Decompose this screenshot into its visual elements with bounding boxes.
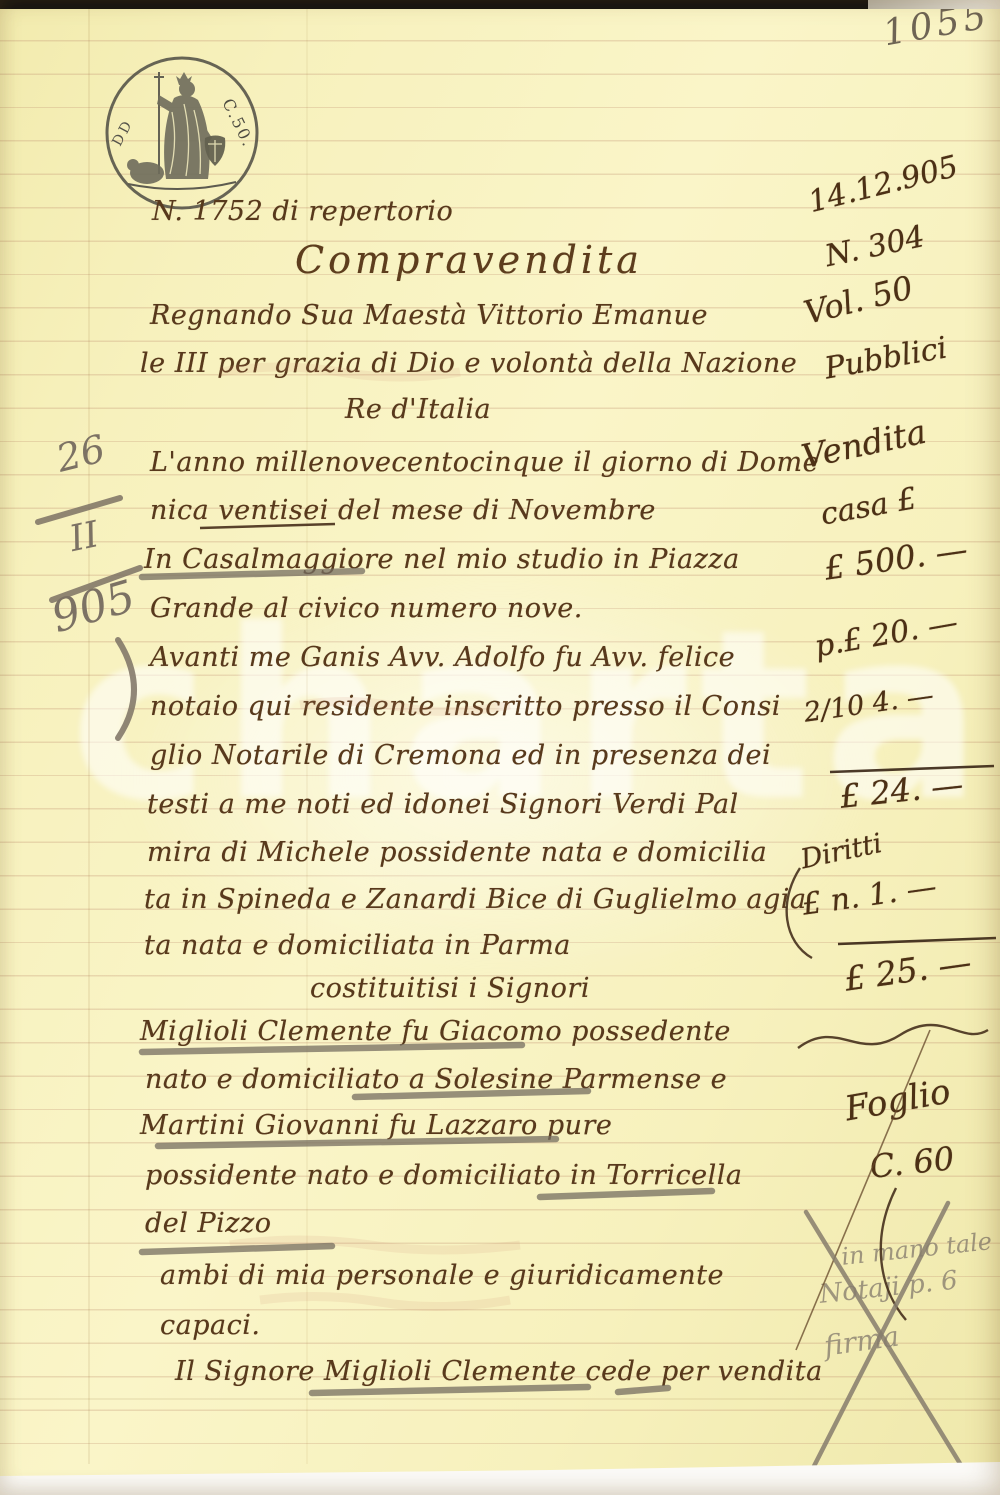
document-line: Re d'Italia [345, 394, 491, 425]
document-line: Grande al civico numero nove. [150, 593, 583, 624]
registration-date-note: 14.12.905 [805, 149, 962, 220]
document-line: Regnando Sua Maestà Vittorio Emanue [150, 300, 708, 331]
document-line: Il Signore Miglioli Clemente cede per ve… [175, 1356, 823, 1387]
margin-note: C. 60 [868, 1139, 956, 1186]
document-line: capaci. [160, 1310, 260, 1341]
pencil-note: Notaji p. 6 [818, 1266, 959, 1310]
fold-crease [306, 9, 308, 1464]
pencil-note: in mano tale [840, 1227, 993, 1271]
scanned-notarial-deed: charta [0, 0, 1000, 1495]
margin-date-day: 26 [52, 426, 110, 480]
document-line: glio Notarile di Cremona ed in presenza … [150, 740, 771, 771]
document-line: ambi di mia personale e giuridicamente [160, 1260, 724, 1291]
party-name-line: Miglioli Clemente fu Giacomo possedente [140, 1016, 731, 1047]
document-line: L'anno millenovecentocinque il giorno di… [150, 447, 819, 478]
amount-note: £ 500. — [822, 530, 970, 588]
deed-title: Compravendita [295, 238, 643, 282]
stamp-figure [127, 72, 236, 189]
scan-top-edge [0, 0, 868, 9]
party-name-line: Martini Giovanni fu Lazzaro pure [140, 1110, 612, 1141]
document-line: del Pizzo [145, 1208, 272, 1239]
fold-crease [0, 1398, 1000, 1400]
document-line: nica ventisei del mese di Novembre [150, 495, 656, 526]
document-line: le III per grazia di Dio e volontà della… [140, 348, 797, 379]
document-line: possidente nato e domiciliato in Torrice… [145, 1160, 742, 1191]
margin-note-foglio: Foglio [842, 1072, 954, 1130]
document-line: ta in Spineda e Zanardi Bice di Guglielm… [144, 884, 807, 915]
revenue-stamp: C.50. DD [102, 52, 262, 218]
margin-note: Pubblici [822, 331, 950, 387]
margin-note: casa £ [818, 481, 919, 532]
pencil-note: firma [822, 1320, 901, 1363]
fold-crease [88, 9, 90, 1464]
document-line: In Casalmaggiore nel mio studio in Piazz… [144, 544, 740, 575]
repertorio-number-line: N. 1752 di repertorio [152, 196, 453, 227]
registration-number-note: N. 304 [822, 219, 928, 274]
scan-top-edge-corner [868, 0, 1000, 9]
volume-note: Vol. 50 [800, 268, 917, 332]
margin-note-vendita: Vendita [798, 412, 930, 476]
amount-note: £ 25. — [842, 942, 974, 998]
margin-date-month: II [66, 514, 102, 560]
document-line: ta nata e domiciliata in Parma [144, 930, 571, 961]
document-line: testi a me noti ed idonei Signori Verdi … [147, 789, 739, 820]
document-line: costituitisi i Signori [310, 973, 590, 1004]
document-line: mira di Michele possidente nata e domici… [147, 837, 767, 868]
document-line: Avanti me Ganis Avv. Adolfo fu Avv. feli… [150, 642, 735, 673]
scan-bottom-edge [0, 1462, 1000, 1495]
document-line: notaio qui residente inscritto presso il… [150, 691, 781, 722]
revenue-stamp-engraving: C.50. DD [102, 52, 262, 214]
stamp-motto-label: DD [109, 116, 136, 149]
document-line: nato e domiciliato a Solesine Parmense e [145, 1064, 727, 1095]
